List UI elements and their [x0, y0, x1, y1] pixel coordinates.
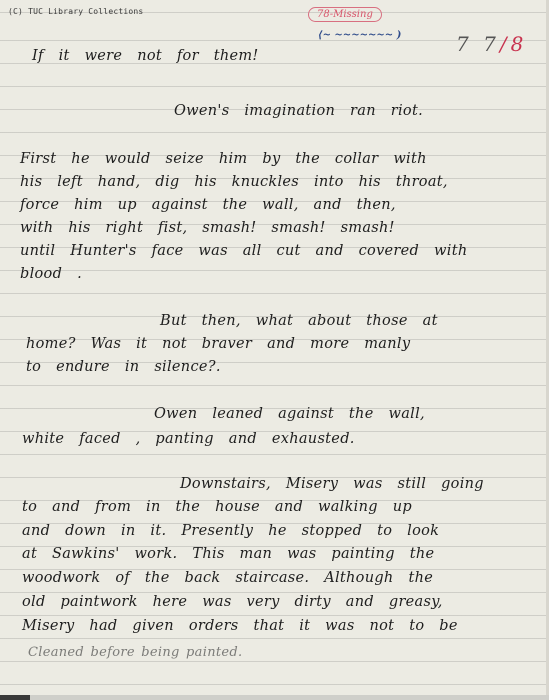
manuscript-line: But then, what about those at — [160, 313, 438, 329]
pencil-addition-line: Cleaned before being painted. — [28, 645, 242, 660]
manuscript-line: force him up against the wall, and then, — [20, 197, 396, 213]
manuscript-line: white faced , panting and exhausted. — [22, 431, 355, 447]
manuscript-line: If it were not for them! — [32, 48, 259, 64]
manuscript-line: blood . — [20, 266, 82, 282]
page-number-old: 7 — [456, 32, 473, 56]
blue-ink-annotation: ⟨~ ~~~~~~~ ) — [318, 30, 401, 41]
manuscript-line: Misery had given orders that it was not … — [22, 618, 458, 634]
manuscript-line: until Hunter's face was all cut and cove… — [20, 243, 467, 259]
manuscript-line: at Sawkins' work. This man was painting … — [22, 546, 434, 562]
manuscript-line: to endure in silence?. — [26, 359, 221, 375]
manuscript-line: Owen's imagination ran riot. — [174, 103, 423, 119]
blue-annotation-scribble: ⟨~ ~~~~~~~ ) — [318, 30, 401, 41]
manuscript-line: Owen leaned against the wall, — [154, 406, 425, 422]
page-number: 7 7/8 — [456, 32, 527, 56]
page-bottom-edge — [0, 695, 549, 700]
page-number-current: 7 — [483, 32, 500, 56]
manuscript-line: and down in it. Presently he stopped to … — [22, 523, 439, 539]
manuscript-line: to and from in the house and walking up — [22, 499, 412, 515]
manuscript-line: Downstairs, Misery was still going — [180, 476, 484, 492]
manuscript-line: old paintwork here was very dirty and gr… — [22, 594, 443, 610]
manuscript-page: (C) TUC Library Collections 78-Missing ⟨… — [0, 0, 549, 695]
manuscript-line: his left hand, dig his knuckles into his… — [20, 174, 448, 190]
manuscript-line: woodwork of the back staircase. Although… — [22, 570, 433, 586]
missing-annotation: 78-Missing — [308, 7, 382, 22]
copyright-notice: (C) TUC Library Collections — [8, 7, 143, 16]
page-number-correction: /8 — [500, 32, 527, 56]
manuscript-line: First he would seize him by the collar w… — [20, 151, 427, 167]
manuscript-line: with his right fist, smash! smash! smash… — [20, 220, 395, 236]
manuscript-line: home? Was it not braver and more manly — [26, 336, 410, 352]
